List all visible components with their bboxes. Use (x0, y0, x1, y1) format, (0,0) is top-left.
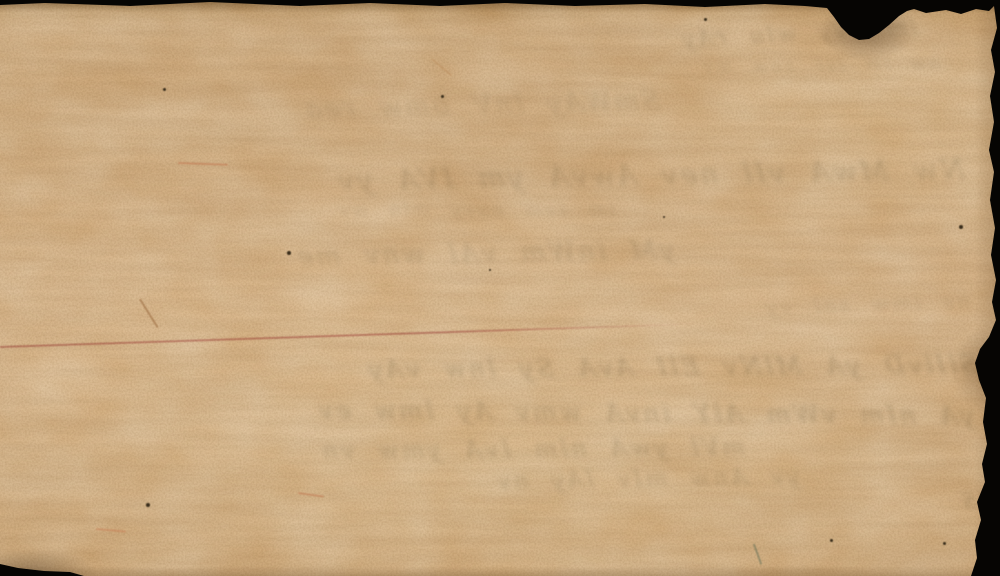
paper-sheet: im nvy wlu rAynw im lvr snw mvSmWAy lnV … (0, 0, 1000, 576)
scan-viewport: im nvy wlu rAynw im lvr snw mvSmWAy lnV … (0, 0, 1000, 576)
paper-grain-texture (0, 0, 1000, 576)
